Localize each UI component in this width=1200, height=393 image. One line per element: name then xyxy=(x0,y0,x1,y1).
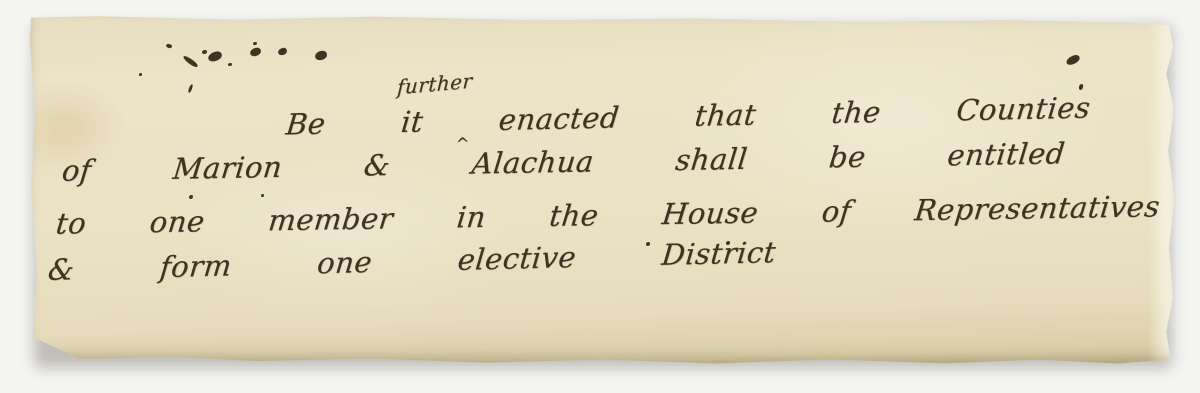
inserted-word-further: further xyxy=(397,71,473,98)
document-scan: further ^ Be it enacted that the Countie… xyxy=(0,0,1200,393)
manuscript-paper xyxy=(27,13,1177,366)
